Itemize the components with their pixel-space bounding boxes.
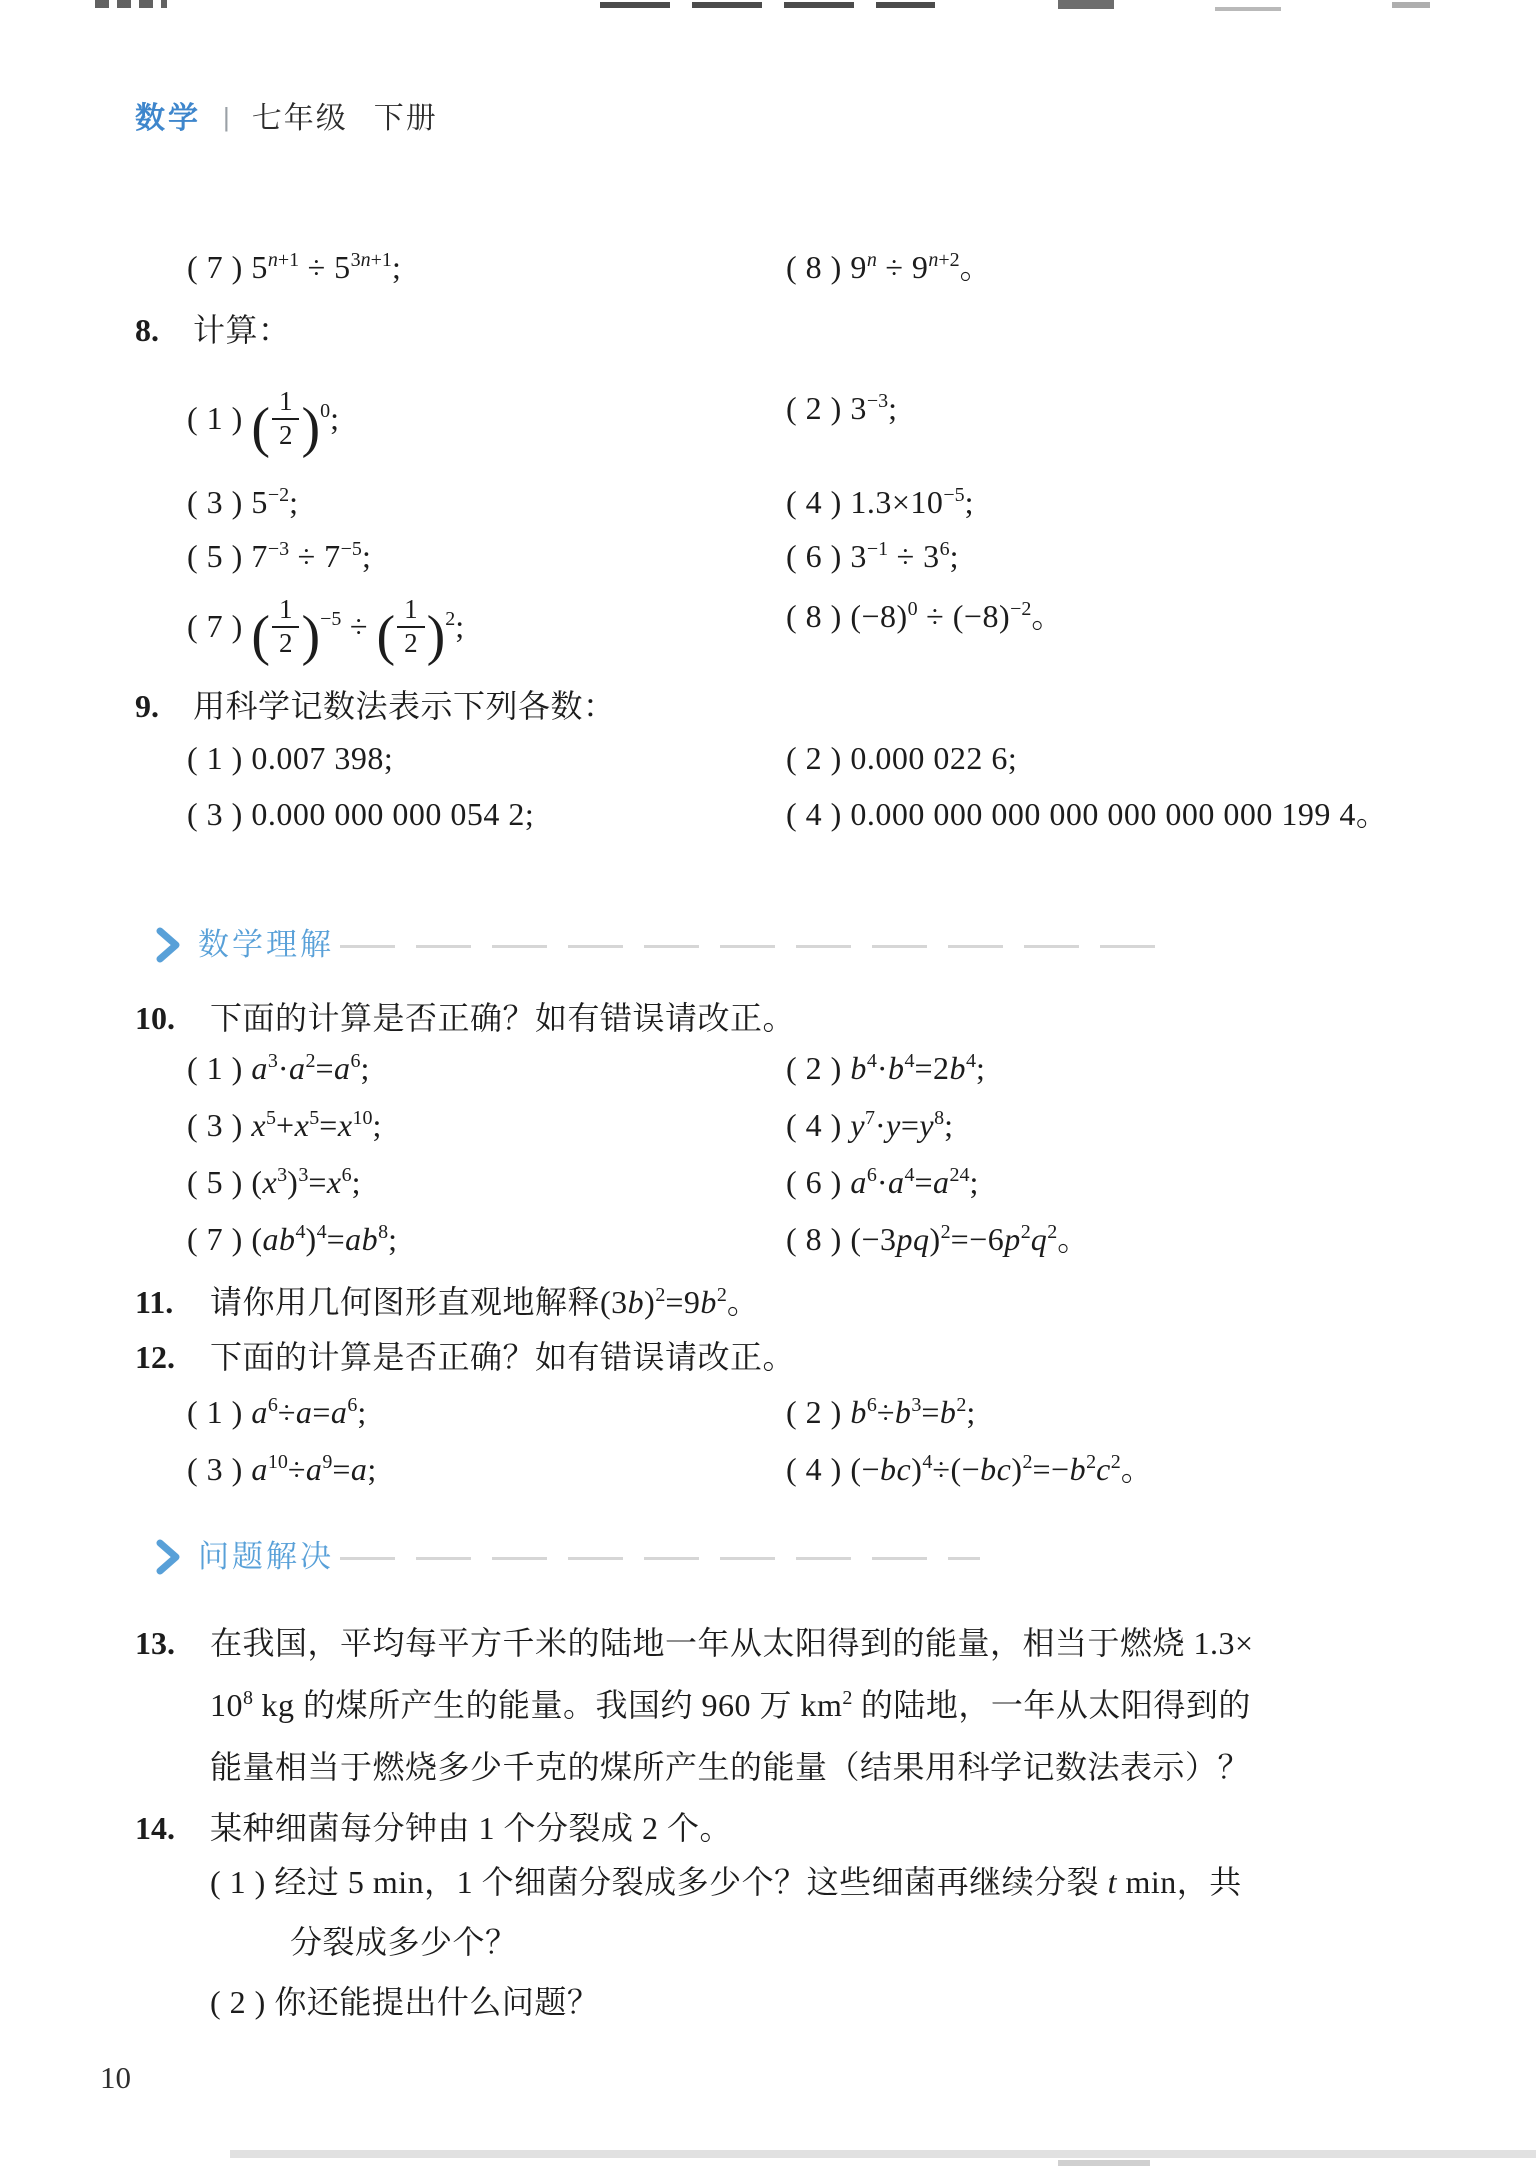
exercise-item: ( 4 ) 0.000 000 000 000 000 000 000 199 … [786,794,1388,836]
problem-title: 用科学记数法表示下列各数： [193,686,616,728]
exercise-item: ( 7 ) 5n+1 ÷ 53n+1; [187,247,401,289]
problem-number: 8. [135,310,159,352]
grade-label: 七年级 [252,102,348,135]
problem-title: 下面的计算是否正确？如有错误请改正。 [210,1337,795,1379]
scan-artifact [230,2150,1536,2158]
exercise-item: ( 4 ) 1.3×10−5; [786,482,974,524]
exercise-item: ( 6 ) a6·a4=a24; [786,1162,979,1204]
problem-title: 某种细菌每分钟由 1 个分裂成 2 个。 [210,1808,732,1850]
exercise-item: ( 7 ) (12)−5 ÷ (12)2; [187,596,465,673]
textbook-page: 数学|七年级下册 ( 7 ) 5n+1 ÷ 53n+1;( 8 ) 9n ÷ 9… [0,0,1536,2170]
scan-artifact [1058,0,1114,9]
exercise-item: ( 4 ) y7·y=y8; [786,1105,954,1147]
exercise-item: ( 6 ) 3−1 ÷ 36; [786,536,959,578]
problem-title: 下面的计算是否正确？如有错误请改正。 [210,998,795,1040]
fraction: 12 [272,388,300,449]
exercise-item: ( 5 ) (x3)3=x6; [187,1162,361,1204]
exercise-item: ( 5 ) 7−3 ÷ 7−5; [187,536,371,578]
volume-label: 下册 [374,102,438,135]
exercise-item: ( 3 ) 5−2; [187,482,298,524]
exercise-item: ( 1 ) (12)0; [187,388,340,465]
exercise-item: ( 1 ) 0.007 398; [187,738,393,780]
section-chevron-icon [154,1539,182,1575]
exercise-item: ( 8 ) 9n ÷ 9n+2。 [786,247,992,289]
exercise-item: ( 2 ) 3−3; [786,388,897,430]
page-header: 数学|七年级下册 [135,102,438,136]
problem-title: 请你用几何图形直观地解释(3b)2=9b2。 [210,1282,759,1324]
exercise-item: ( 1 ) a3·a2=a6; [187,1048,370,1090]
section-rule [340,1557,980,1560]
section-rule [340,945,1160,948]
problem-number: 13. [135,1623,175,1665]
fraction: 12 [272,596,300,657]
exercise-item: ( 1 ) a6÷a=a6; [187,1392,367,1434]
problem-number: 9. [135,686,159,728]
problem-title: 在我国，平均每平方千米的陆地一年从太阳得到的能量，相当于燃烧 1.3× [210,1623,1254,1665]
problem-number: 12. [135,1337,175,1379]
scan-artifact [95,0,167,8]
exercise-item: ( 3 ) a10÷a9=a; [187,1449,377,1491]
problem-number: 14. [135,1808,175,1850]
page-number: 10 [100,2060,131,2096]
exercise-item: ( 3 ) x5+x5=x10; [187,1105,382,1147]
scan-artifact [1215,7,1281,11]
fraction: 12 [397,596,425,657]
exercise-item: ( 8 ) (−8)0 ÷ (−8)−2。 [786,596,1064,638]
header-divider: | [223,102,230,132]
scan-artifact [1392,2,1430,8]
exercise-item: ( 3 ) 0.000 000 000 054 2; [187,794,534,836]
text-line-content: ( 2 ) 你还能提出什么问题？ [210,1982,599,2024]
problem-number: 10. [135,998,175,1040]
problem-title: 计算： [193,310,291,352]
text-line-content: 108 kg 的煤所产生的能量。我国约 960 万 km2 的陆地，一年从太阳得… [210,1685,1251,1727]
exercise-item: ( 2 ) b6÷b3=b2; [786,1392,976,1434]
exercise-item: ( 4 ) (−bc)4÷(−bc)2=−b2c2。 [786,1449,1153,1491]
section-title: 数学理解 [198,925,334,965]
problem-number: 11. [135,1282,173,1324]
text-line-content: 分裂成多少个？ [290,1922,518,1964]
exercise-item: ( 2 ) b4·b4=2b4; [786,1048,985,1090]
scan-artifact [600,2,935,8]
section-title: 问题解决 [198,1537,334,1577]
exercise-item: ( 8 ) (−3pq)2=−6p2q2。 [786,1219,1090,1261]
text-line-content: ( 1 ) 经过 5 min，1 个细菌分裂成多少个？这些细菌再继续分裂 t m… [210,1862,1242,1904]
text-line-content: 能量相当于燃烧多少千克的煤所产生的能量（结果用科学记数法表示）？ [210,1747,1250,1789]
subject-label: 数学 [135,102,201,135]
exercise-item: ( 7 ) (ab4)4=ab8; [187,1219,398,1261]
exercise-item: ( 2 ) 0.000 022 6; [786,738,1017,780]
scan-artifact [1058,2160,1150,2166]
section-chevron-icon [154,927,182,963]
